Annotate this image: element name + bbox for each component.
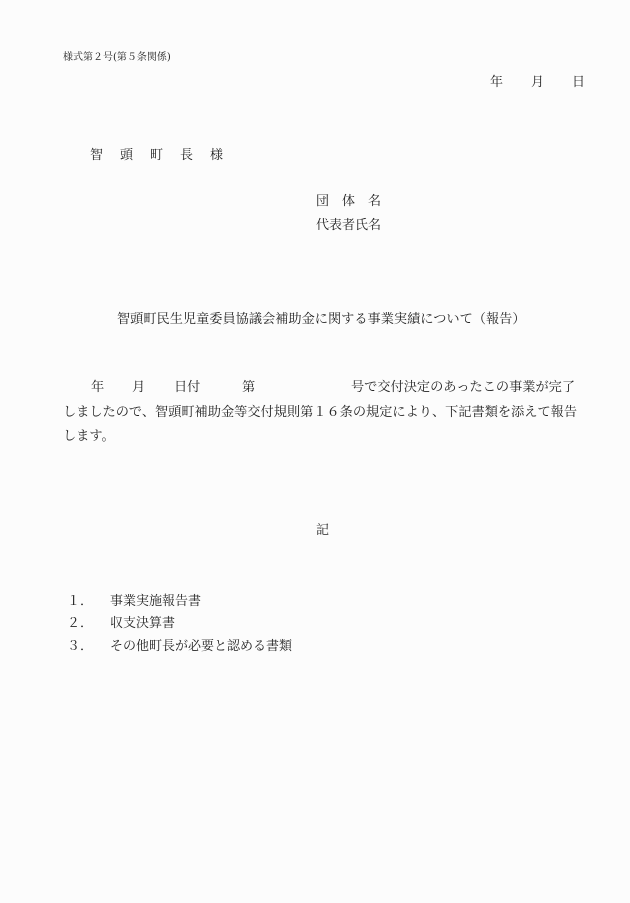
organization-name-label: 団 体 名 bbox=[316, 195, 381, 208]
date-month-label: 月 bbox=[531, 76, 544, 89]
addressee-char: 町 bbox=[150, 149, 180, 162]
addressee: 智頭町長様 bbox=[90, 149, 240, 162]
document-title: 智頭町民生児童委員協議会補助金に関する事業実績について（報告） bbox=[117, 313, 526, 326]
attachment-label: その他町長が必要と認める書類 bbox=[110, 640, 292, 653]
addressee-char: 様 bbox=[210, 149, 240, 162]
date-day-label: 日 bbox=[572, 76, 585, 89]
addressee-char: 長 bbox=[180, 149, 210, 162]
attachment-label: 収支決算書 bbox=[110, 617, 175, 630]
attachment-label: 事業実施報告書 bbox=[110, 595, 201, 608]
body-number-label: 第 bbox=[242, 381, 255, 394]
body-month-label: 月 bbox=[132, 381, 145, 394]
form-number: 様式第２号(第５条関係) bbox=[63, 53, 171, 63]
attachment-number: １． bbox=[67, 595, 93, 608]
body-line-1-rest: 号で交付決定のあったこの事業が完了 bbox=[351, 381, 575, 394]
addressee-char: 頭 bbox=[120, 149, 150, 162]
record-label: 記 bbox=[316, 524, 329, 537]
body-day-label: 日付 bbox=[174, 381, 200, 394]
body-year-label: 年 bbox=[91, 381, 104, 394]
attachment-number: ３． bbox=[67, 640, 93, 653]
body-line-2: しましたので、智頭町補助金等交付規則第１６条の規定により、下記書類を添えて報告 bbox=[63, 406, 577, 419]
body-line-3: します。 bbox=[63, 430, 115, 443]
representative-name-label: 代表者氏名 bbox=[316, 219, 381, 232]
attachment-number: ２． bbox=[67, 617, 93, 630]
addressee-char: 智 bbox=[90, 149, 120, 162]
date-year-label: 年 bbox=[490, 76, 503, 89]
